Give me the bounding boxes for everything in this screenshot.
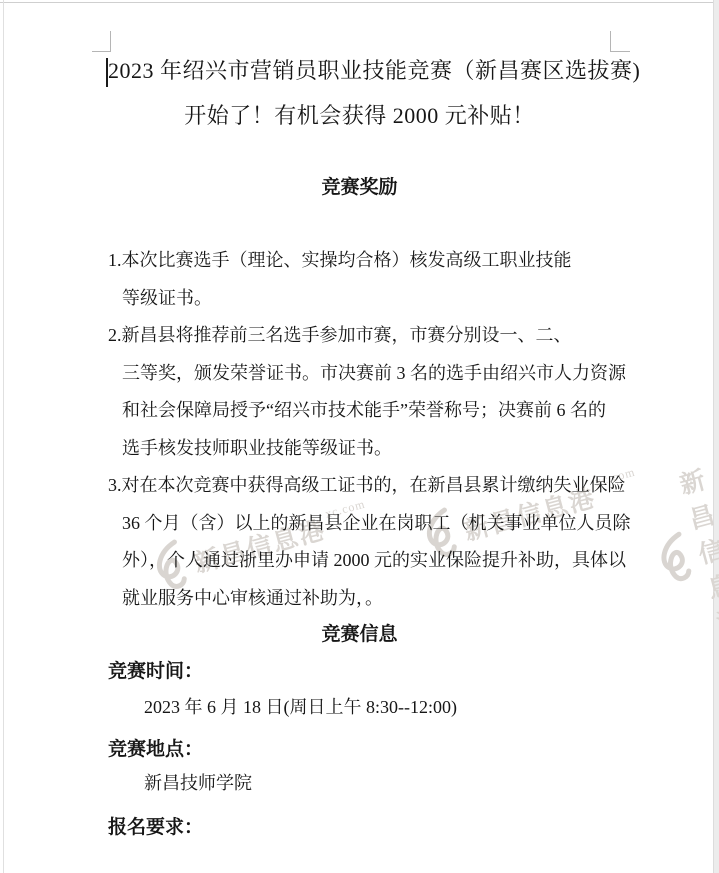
rewards-item-2-line-4: 选手核发技师职业技能等级证书。 <box>122 437 392 459</box>
competition-time-label: 竞赛时间： <box>108 656 203 683</box>
rewards-item-1-line-2: 等级证书。 <box>122 287 212 309</box>
competition-place-value: 新昌技师学院 <box>144 772 252 794</box>
registration-requirement-label: 报名要求： <box>108 812 203 839</box>
watermark: 新昌信息港 xc.com <box>144 488 375 601</box>
rewards-item-3-line-2: 36 个月（含）以上的新昌县企业在岗职工（机关事业单位人员除 <box>122 512 631 534</box>
rewards-item-2-line-2: 三等奖，颁发荣誉证书。市决赛前 3 名的选手由绍兴市人力资源 <box>122 362 626 384</box>
rewards-item-3-line-3: 外），个人通过浙里办申请 2000 元的实业保险提升补助，具体以 <box>122 549 626 571</box>
watermark-logo-icon <box>649 527 702 592</box>
rewards-item-3-line-1: 3.对在本次竞赛中获得高级工证书的，在新昌县累计缴纳失业保险 <box>108 474 626 496</box>
crop-mark-top-left <box>92 31 111 52</box>
rewards-item-2-line-3: 和社会保障局授予“绍兴市技术能手”荣誉称号；决赛前 6 名的 <box>122 399 606 421</box>
competition-place-label: 竞赛地点： <box>108 734 203 761</box>
scrollbar-track[interactable] <box>713 0 719 873</box>
rewards-item-3-line-4: 就业服务中心审核通过补助为，。 <box>122 587 383 609</box>
info-heading: 竞赛信息 <box>108 619 611 646</box>
page-left-border <box>3 0 4 873</box>
rewards-item-2-line-1: 2.新昌县将推荐前三名选手参加市赛，市赛分别设一、二、 <box>108 324 572 346</box>
crop-mark-top-right <box>610 31 630 52</box>
watermark: 新昌信息港 <box>633 460 719 652</box>
doc-title-line-1: 2023 年绍兴市营销员职业技能竞赛（新昌赛区选拔赛) <box>108 56 638 86</box>
rewards-heading: 竞赛奖励 <box>108 172 611 199</box>
competition-time-value: 2023 年 6 月 18 日(周日上午 8:30--12:00) <box>144 696 457 718</box>
doc-title-line-2: 开始了！有机会获得 2000 元补贴！ <box>108 101 611 131</box>
rewards-item-1-line-1: 1.本次比赛选手（理论、实操均合格）核发高级工职业技能 <box>108 249 572 271</box>
document-page[interactable]: 新昌信息港 xc.com 新昌信息港 xc.com 新昌信息港 2023 年绍兴… <box>0 0 719 873</box>
page-top-border <box>0 2 719 3</box>
